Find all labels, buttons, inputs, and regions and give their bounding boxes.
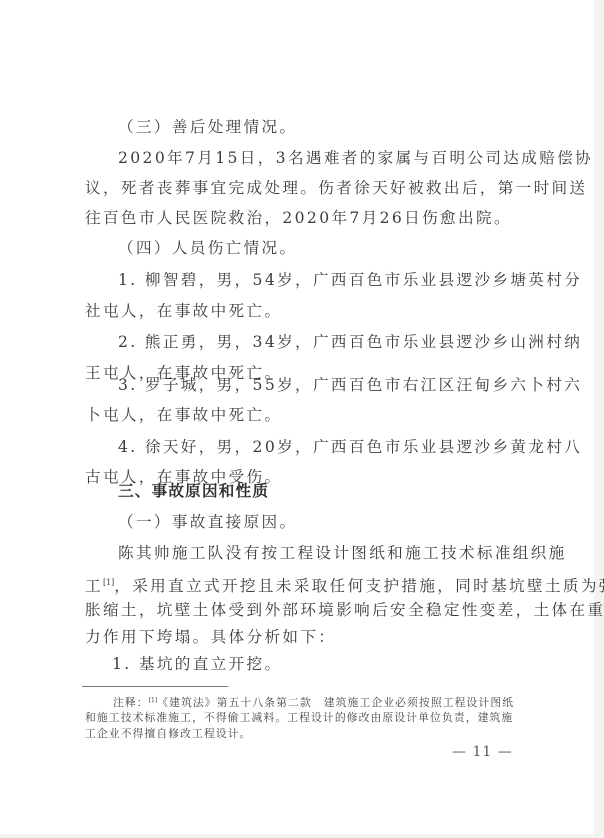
casualty-item-cont: 卜屯人，在事故中死亡。 [85, 405, 282, 425]
paragraph-line: 往百色市人民医院救治，2020年7月26日伤愈出院。 [85, 208, 512, 228]
paragraph-line: 胀缩土，坑壁土体受到外部环境影响后安全稳定性变差，土体在重 [85, 600, 604, 620]
casualty-item: 1. 柳智碧，男，54岁，广西百色市乐业县逻沙乡塘英村分 [118, 270, 582, 290]
paragraph-line: 陈其帅施工队没有按工程设计图纸和施工技术标准组织施 [118, 543, 567, 563]
footnote-line: 注释：[1]《建筑法》第五十八条第二款 建筑施工企业必须按照工程设计图纸 [113, 694, 514, 710]
text-run: 工 [85, 577, 103, 595]
page-number: — 11 — [452, 744, 513, 760]
analysis-item: 1. 基坑的直立开挖。 [112, 654, 282, 674]
paragraph-line: 议，死者丧葬事宜完成处理。伤者徐天好被救出后，第一时间送 [85, 178, 587, 198]
paragraph-line: 工[1]，采用直立式开挖且未采取任何支护措施，同时基坑壁土质为强 [85, 573, 604, 596]
paragraph-line: 力作用下垮塌。具体分析如下： [85, 627, 336, 647]
section-heading-casualties: （四）人员伤亡情况。 [118, 238, 297, 258]
section-heading-direct-cause: （一）事故直接原因。 [118, 512, 297, 532]
casualty-item: 2. 熊正勇，男，34岁，广西百色市乐业县逻沙乡山洲村纳 [118, 332, 582, 352]
footnote-reference[interactable]: [1] [103, 578, 114, 587]
chapter-heading-causes: 三、事故原因和性质 [118, 481, 269, 501]
casualty-item-cont: 社屯人，在事故中死亡。 [85, 301, 282, 321]
footnote-separator [82, 686, 228, 687]
footnote-line: 工企业不得擅自修改工程设计。 [85, 727, 252, 741]
paragraph-line: 2020年7月15日，3名遇难者的家属与百明公司达成赔偿协 [118, 148, 593, 168]
footnote-text: 《建筑法》第五十八条第二款 建筑施工企业必须按照工程设计图纸 [157, 696, 514, 709]
casualty-item: 3. 罗子城，男，55岁，广西百色市右江区汪甸乡六卜村六 [118, 375, 582, 395]
footnote-label: 注释： [113, 696, 149, 709]
footnote-line: 和施工技术标准施工，不得偷工减料。工程设计的修改由原设计单位负责，建筑施 [85, 711, 513, 725]
document-page: （三）善后处理情况。 2020年7月15日，3名遇难者的家属与百明公司达成赔偿协… [0, 0, 594, 834]
casualty-item: 4. 徐天好，男，20岁，广西百色市乐业县逻沙乡黄龙村八 [118, 437, 582, 457]
text-run: ，采用直立式开挖且未采取任何支护措施，同时基坑壁土质为强 [114, 577, 604, 595]
section-heading-aftermath: （三）善后处理情况。 [118, 117, 297, 137]
footnote-marker: [1] [149, 697, 158, 704]
